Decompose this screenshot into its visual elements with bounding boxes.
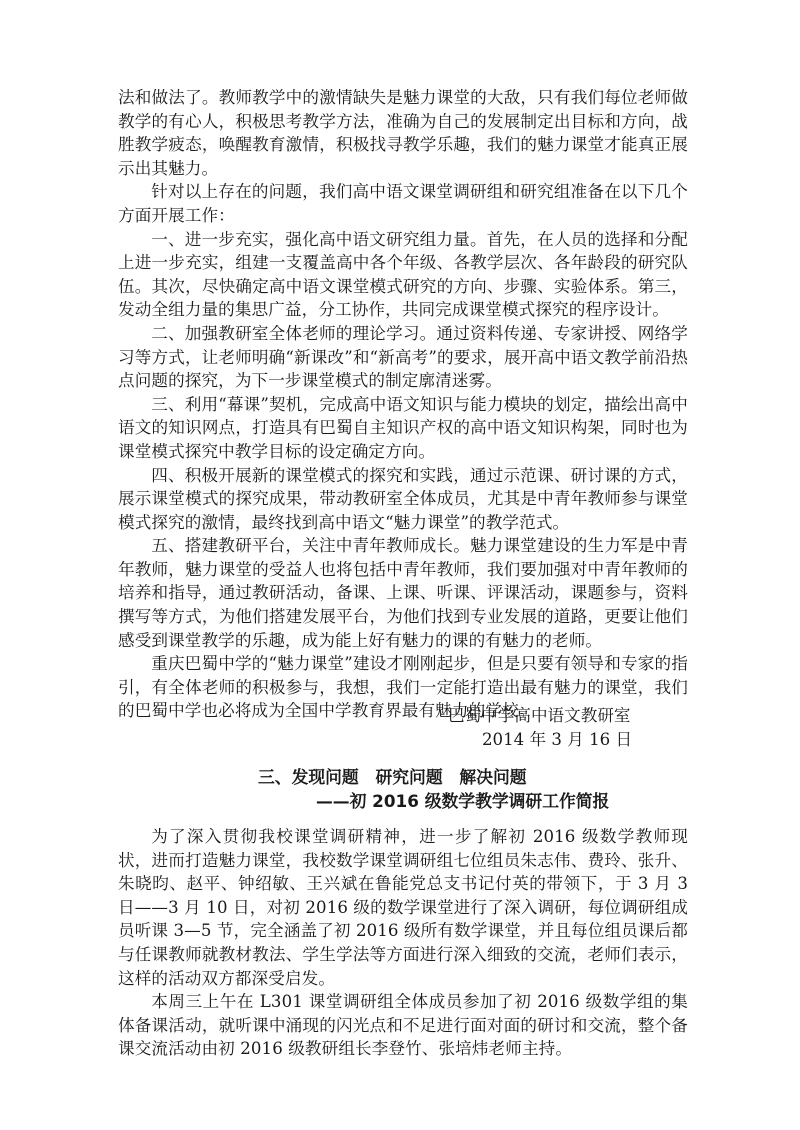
signature-org: 巴蜀中学高中语文教研室 [448, 704, 632, 728]
signature-date: 2014 年 3 月 16 日 [448, 728, 632, 752]
section-title: 三、发现问题 研究问题 解决问题 [258, 765, 609, 789]
paragraph: 五、搭建教研平台，关注中青年教师成长。魅力课堂建设的生力军是中青年教师，魅力课堂… [118, 534, 688, 652]
paragraph: 针对以上存在的问题，我们高中语文课堂调研组和研究组准备在以下几个方面开展工作： [118, 180, 688, 227]
signature-block: 巴蜀中学高中语文教研室 2014 年 3 月 16 日 [448, 704, 632, 751]
paragraph: 二、加强教研室全体老师的理论学习。通过资料传递、专家讲授、网络学习等方式，让老师… [118, 322, 688, 393]
paragraph: 四、积极开展新的课堂模式的探究和实践，通过示范课、研讨课的方式，展示课堂模式的探… [118, 464, 688, 535]
paragraph: 一、进一步充实，强化高中语文研究组力量。首先，在人员的选择和分配上进一步充实，组… [118, 228, 688, 322]
section-heading: 三、发现问题 研究问题 解决问题 ——初 2016 级数学教学调研工作简报 [258, 765, 609, 813]
paragraph: 三、利用“幕课”契机，完成高中语文知识与能力模块的划定，描绘出高中语文的知识网点… [118, 393, 688, 464]
paragraph: 为了深入贯彻我校课堂调研精神，进一步了解初 2016 级数学教师现状，进而打造魅… [118, 825, 688, 990]
section1-body: 法和做法了。教师教学中的激情缺失是魅力课堂的大敌，只有我们每位老师做教学的有心人… [118, 86, 688, 723]
paragraph: 本周三上午在 L301 课堂调研组全体成员参加了初 2016 级数学组的集体备课… [118, 990, 688, 1061]
section-subtitle: ——初 2016 级数学教学调研工作简报 [258, 789, 609, 813]
section2-body: 为了深入贯彻我校课堂调研精神，进一步了解初 2016 级数学教师现状，进而打造魅… [118, 825, 688, 1061]
paragraph: 法和做法了。教师教学中的激情缺失是魅力课堂的大敌，只有我们每位老师做教学的有心人… [118, 86, 688, 180]
